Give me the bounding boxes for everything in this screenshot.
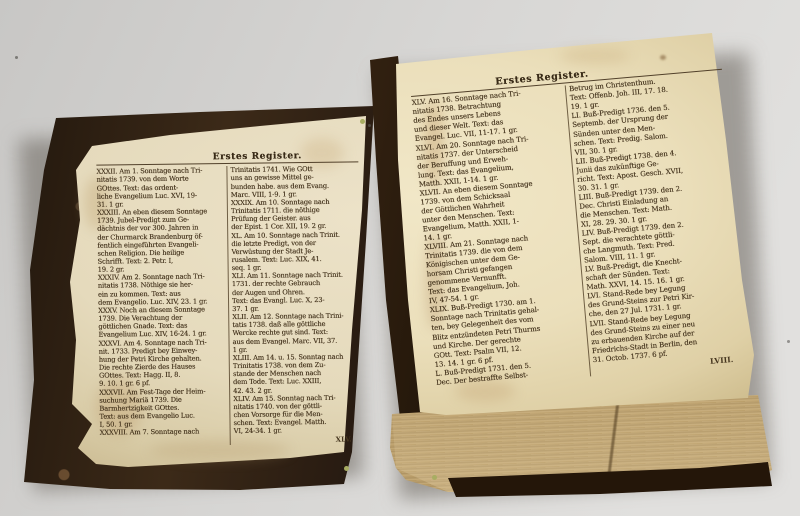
small-spot xyxy=(660,55,666,60)
left-page-catchword: XLV. xyxy=(234,435,362,446)
left-page-column-left: XXXII. Am 1. Sonntage nach Tri-nitatis 1… xyxy=(96,166,226,447)
text-line: VI, 24-34. 1 gr. xyxy=(234,426,362,436)
dust-speck xyxy=(368,124,371,127)
right-page-column-right: Betrug im Christenthum.Text: Offenb. Joh… xyxy=(569,72,748,376)
left-page-columns: XXXII. Am 1. Sonntage nach Tri-nitatis 1… xyxy=(96,165,361,447)
verdigris-speck xyxy=(360,119,365,124)
left-page-column-right: Trinitatis 1741. Wie GOttuns an gewisse … xyxy=(230,165,361,446)
right-page-column-left: XLV. Am 16. Sonntage nach Tri-nitatis 17… xyxy=(411,86,587,390)
right-book-page-content: Erstes Register. XLV. Am 16. Sonntage na… xyxy=(410,57,748,390)
verdigris-speck xyxy=(344,466,349,471)
left-book-page-content: Erstes Register. XXXII. Am 1. Sonntage n… xyxy=(96,150,362,447)
foxing-stain xyxy=(560,48,630,64)
text-line: XXXVIII. Am 7. Sonntage nach xyxy=(100,427,227,437)
right-page-column-right-lines: Betrug im Christenthum.Text: Offenb. Joh… xyxy=(569,72,747,365)
dust-speck xyxy=(15,56,18,59)
dust-speck xyxy=(787,340,790,343)
verdigris-speck xyxy=(432,475,437,480)
photo-two-antique-books: Erstes Register. XXXII. Am 1. Sonntage n… xyxy=(0,0,800,516)
right-page-columns: XLV. Am 16. Sonntage nach Tri-nitatis 17… xyxy=(411,72,747,390)
left-page-column-right-lines: Trinitatis 1741. Wie GOttuns an gewisse … xyxy=(230,165,361,436)
